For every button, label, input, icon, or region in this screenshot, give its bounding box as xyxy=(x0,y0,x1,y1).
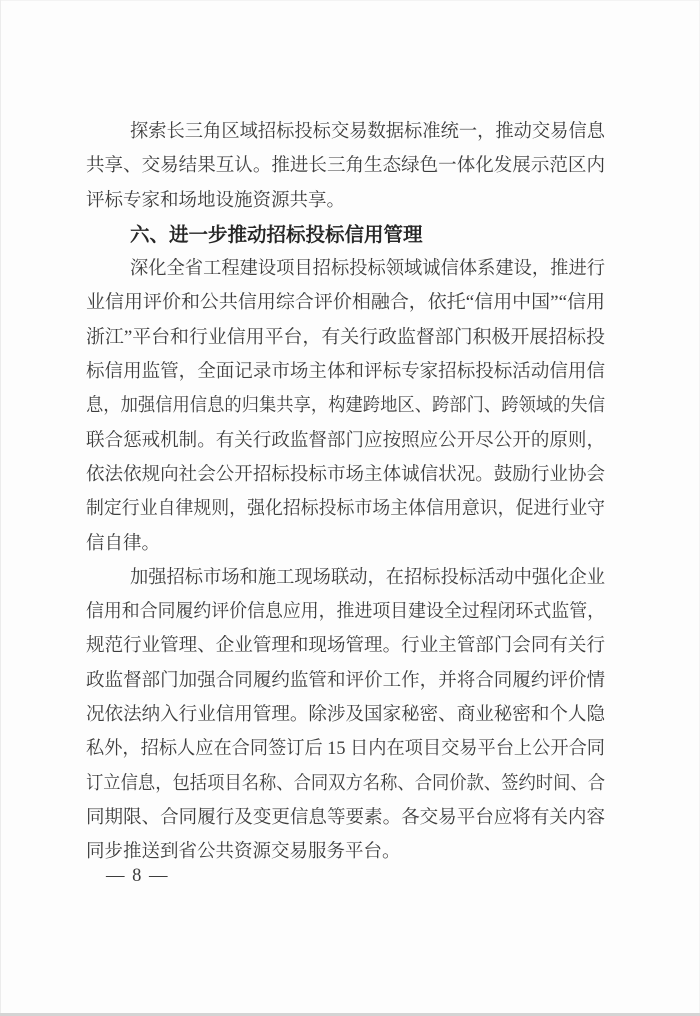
body-text-line: 探索长三角区域招标投标交易数据标准统一，推动交易信息 xyxy=(86,115,605,149)
body-text-line: 订立信息，包括项目名称、合同双方名称、合同价款、签约时间、合 xyxy=(86,767,605,801)
body-text-line: 况依法纳入行业信用管理。除涉及国家秘密、商业秘密和个人隐 xyxy=(86,698,605,732)
document-page: 探索长三角区域招标投标交易数据标准统一，推动交易信息共享、交易结果互认。推进长三… xyxy=(0,0,700,1016)
body-text-line: 依法依规向社会公开招标投标市场主体诚信状况。鼓励行业协会 xyxy=(86,458,605,492)
document-body: 探索长三角区域招标投标交易数据标准统一，推动交易信息共享、交易结果互认。推进长三… xyxy=(86,115,605,870)
body-text-line: 深化全省工程建设项目招标投标领域诚信体系建设，推进行 xyxy=(86,252,605,286)
body-text-line: 业信用评价和公共信用综合评价相融合，依托“信用中国”“信用 xyxy=(86,286,605,320)
body-text-line: 联合惩戒机制。有关行政监督部门应按照应公开尽公开的原则， xyxy=(86,424,605,458)
body-text-line: 同期限、合同履行及变更信息等要素。各交易平台应将有关内容 xyxy=(86,801,605,835)
body-text-line: 制定行业自律规则，强化招标投标市场主体信用意识，促进行业守 xyxy=(86,492,605,526)
body-text-line: 规范行业管理、企业管理和现场管理。行业主管部门会同有关行 xyxy=(86,629,605,663)
body-text-line: 信用和合同履约评价信息应用，推进项目建设全过程闭环式监管， xyxy=(86,595,605,629)
body-text-line: 息，加强信用信息的归集共享，构建跨地区、跨部门、跨领域的失信 xyxy=(86,389,605,423)
page-number: — 8 — xyxy=(106,859,169,893)
body-text-line: 标信用监管，全面记录市场主体和评标专家招标投标活动信用信 xyxy=(86,355,605,389)
body-text-line: 私外，招标人应在合同签订后 15 日内在项目交易平台上公开合同 xyxy=(86,732,605,766)
body-text-line: 共享、交易结果互认。推进长三角生态绿色一体化发展示范区内 xyxy=(86,149,605,183)
body-text-line: 信自律。 xyxy=(86,527,605,561)
body-text-line: 加强招标市场和施工现场联动，在招标投标活动中强化企业 xyxy=(86,561,605,595)
body-text-line: 评标专家和场地设施资源共享。 xyxy=(86,184,605,218)
body-text-line: 浙江”平台和行业信用平台，有关行政监督部门积极开展招标投 xyxy=(86,321,605,355)
section-heading-line: 六、进一步推动招标投标信用管理 xyxy=(86,218,605,252)
body-text-line: 政监督部门加强合同履约监管和评价工作，并将合同履约评价情 xyxy=(86,664,605,698)
